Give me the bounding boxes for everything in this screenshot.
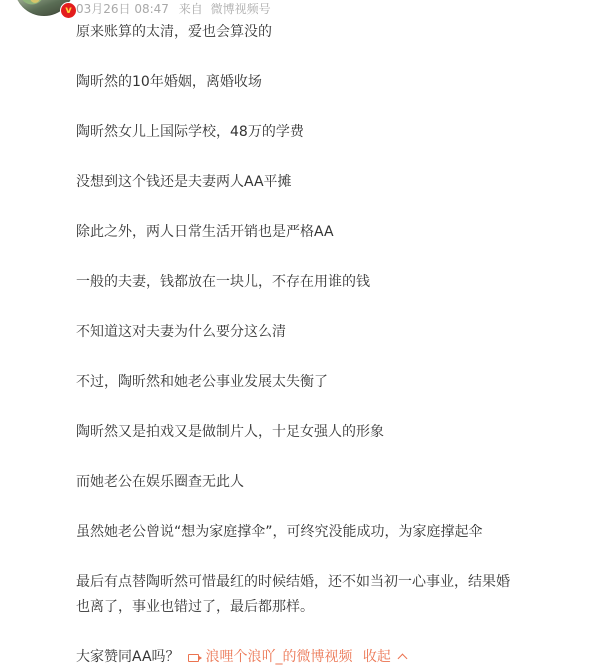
post-paragraph: 原来账算的太清，爱也会算没的: [76, 20, 516, 45]
post-paragraph: 最后有点替陶昕然可惜最红的时候结婚，还不如当初一心事业，结果婚也离了，事业也错过…: [76, 570, 516, 620]
collapse-label: 收起: [363, 649, 391, 665]
post-paragraph: 陶昕然的10年婚姻，离婚收场: [76, 70, 516, 95]
post-paragraph: 而她老公在娱乐圈查无此人: [76, 470, 516, 495]
post-paragraph: 不知道这对夫妻为什么要分这么清: [76, 320, 516, 345]
post-footer-line: 大家赞同AA吗？ 浪哩个浪吖_的微博视频 收起: [76, 645, 516, 670]
author-avatar-container[interactable]: v: [14, 0, 74, 16]
chevron-up-icon: [398, 654, 408, 664]
video-icon: [188, 654, 199, 662]
collapse-button[interactable]: 收起: [363, 649, 406, 665]
post-paragraph: 陶昕然女儿上国际学校，48万的学费: [76, 120, 516, 145]
post-paragraph: 陶昕然又是拍戏又是做制片人，十足女强人的形象: [76, 420, 516, 445]
video-link-label: 浪哩个浪吖_的微博视频: [205, 649, 352, 665]
post-source-link[interactable]: 微博视频号: [211, 2, 271, 16]
post-paragraph: 除此之外，两人日常生活开销也是严格AA: [76, 220, 516, 245]
video-link[interactable]: 浪哩个浪吖_的微博视频: [188, 649, 357, 665]
post-paragraph: 虽然她老公曾说“想为家庭撑伞”，可终究没能成功，为家庭撑起伞: [76, 520, 516, 545]
post-paragraph: 没想到这个钱还是夫妻两人AA平摊: [76, 170, 516, 195]
post-timestamp[interactable]: 03月26日 08:47: [76, 2, 169, 16]
footer-question: 大家赞同AA吗？: [76, 649, 180, 665]
post-content: 原来账算的太清，爱也会算没的 陶昕然的10年婚姻，离婚收场 陶昕然女儿上国际学校…: [76, 20, 516, 670]
post-paragraph: 一般的夫妻，钱都放在一块儿，不存在用谁的钱: [76, 270, 516, 295]
weibo-post: v 03月26日 08:47 来自 微博视频号 原来账算的太清，爱也会算没的 陶…: [0, 0, 612, 670]
verified-badge-icon: v: [60, 2, 77, 19]
source-prefix: 来自: [179, 2, 203, 16]
post-paragraph: 不过，陶昕然和她老公事业发展太失衡了: [76, 370, 516, 395]
post-meta: 03月26日 08:47 来自 微博视频号: [76, 2, 271, 16]
